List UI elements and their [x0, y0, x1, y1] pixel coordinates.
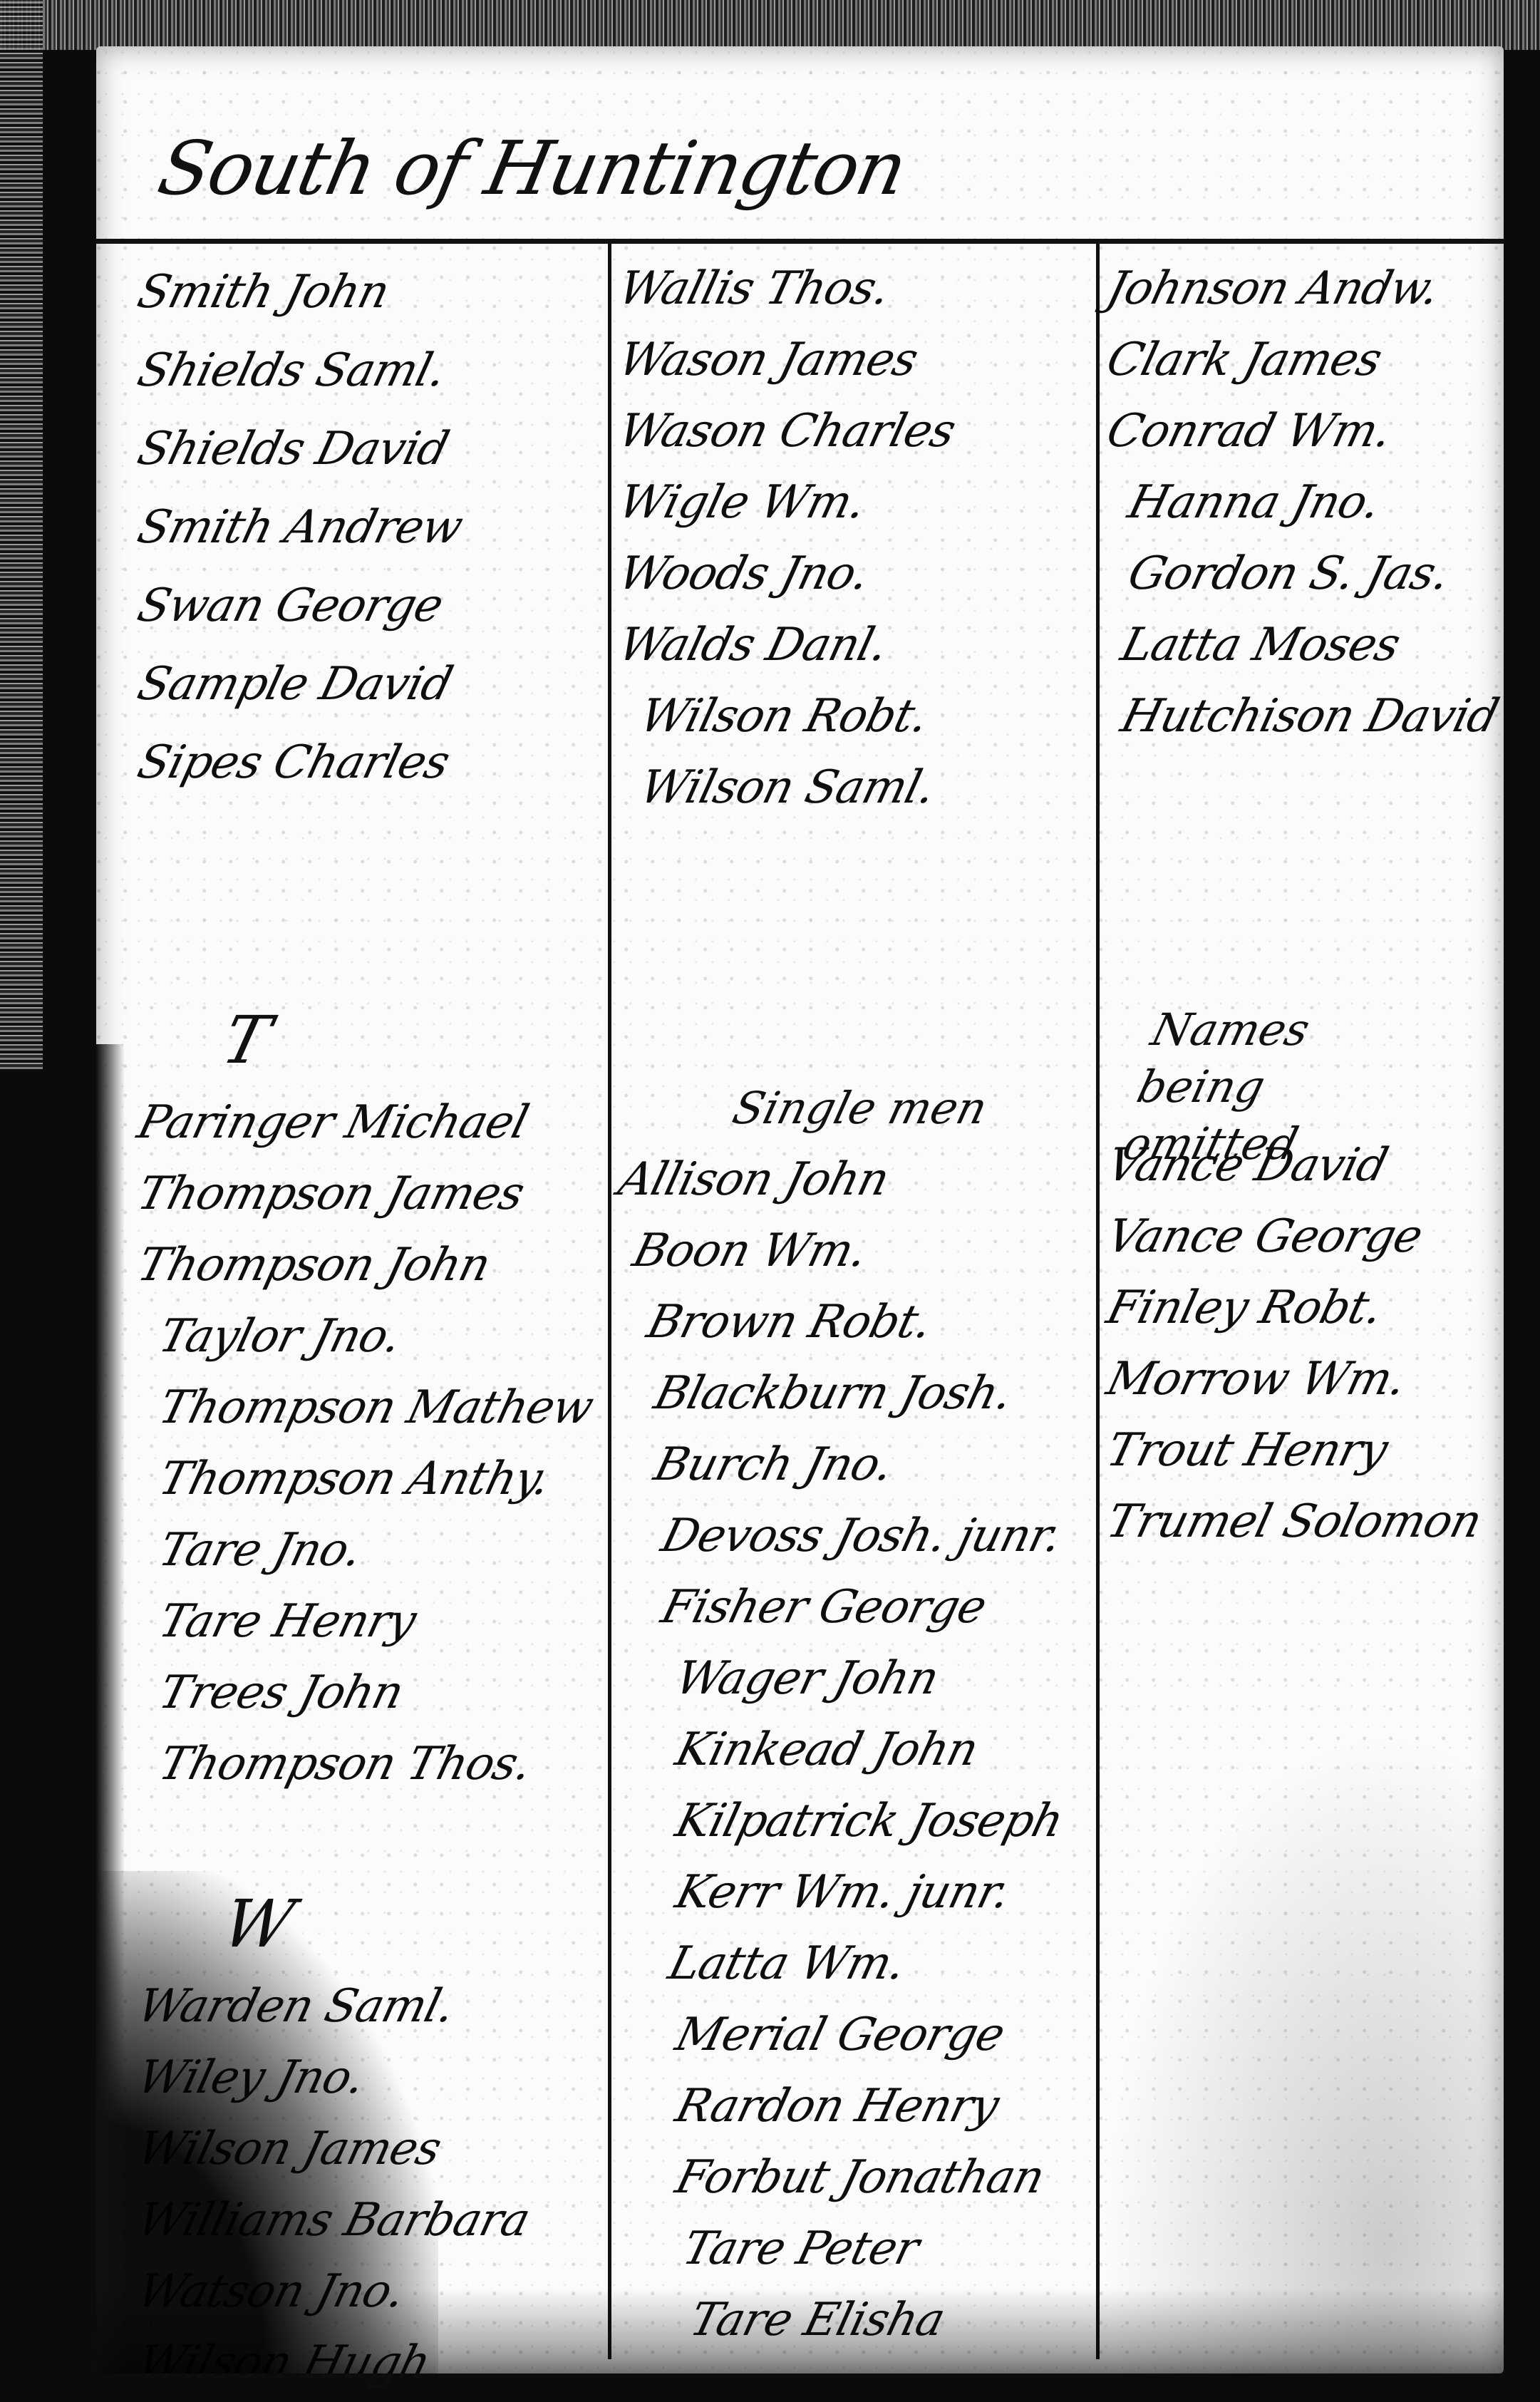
list-item: Trout Henry [1100, 1415, 1502, 1486]
list-item: Tare Henry [130, 1586, 611, 1657]
page-bottom-shadow [96, 2288, 1504, 2373]
list-item: Wilson Robt. [611, 681, 1100, 752]
column-3-group-1: Johnson Andw. Clark James Conrad Wm. Han… [1108, 253, 1493, 752]
list-item: Hutchison David [1100, 681, 1502, 752]
column-2-group-1: Wallis Thos. Wason James Wason Charles W… [620, 253, 1090, 823]
list-item: Kinkead John [611, 1714, 1100, 1785]
column-2-group-single-men: Single men Allison John Boon Wm. Brown R… [620, 1073, 1090, 2356]
list-item: Trumel Solomon [1100, 1486, 1502, 1557]
list-item: Hanna Jno. [1100, 467, 1502, 538]
list-item: Vance George [1100, 1201, 1502, 1272]
list-item: Vance David [1100, 1130, 1502, 1201]
list-item: Tare Peter [611, 2213, 1100, 2284]
scan-edge-top [0, 0, 1540, 50]
list-item: Wason Charles [611, 396, 1100, 467]
list-item: Sipes Charles [129, 723, 611, 802]
list-item: Kilpatrick Joseph [611, 1785, 1100, 1857]
ledger-page: South of Huntington Smith John Shields S… [96, 46, 1504, 2373]
list-item: Woods Jno. [611, 538, 1100, 609]
list-item: Sample David [129, 645, 611, 723]
section-heading-names-omitted: Names being omitted [1092, 1001, 1388, 1130]
list-item: Shields David [129, 410, 611, 488]
section-heading-w: W [128, 1878, 614, 1971]
list-item: Latta Moses [1100, 609, 1502, 681]
section-heading-single-men: Single men [611, 1073, 1100, 1144]
list-item: Devoss Josh. junr. [611, 1500, 1100, 1572]
list-item: Gordon S. Jas. [1100, 538, 1502, 609]
column-2: Wallis Thos. Wason James Wason Charles W… [620, 253, 1090, 2352]
list-item: Williams Barbara [130, 2185, 611, 2256]
list-item: Smith Andrew [129, 488, 611, 567]
list-item: Wiley Jno. [130, 2042, 611, 2113]
list-item: Finley Robt. [1100, 1272, 1502, 1344]
column-3: Johnson Andw. Clark James Conrad Wm. Han… [1108, 253, 1493, 2352]
column-1-group-1: Smith John Shields Saml. Shields David S… [139, 253, 602, 802]
binding-shadow [96, 1044, 125, 2373]
list-item: Taylor Jno. [130, 1301, 611, 1372]
list-item: Tare Jno. [130, 1515, 611, 1586]
list-item: Swan George [129, 567, 611, 645]
list-item: Wallis Thos. [611, 253, 1100, 324]
column-1-group-t: T Paringer Michael Thompson James Thomps… [139, 994, 602, 1800]
list-item: Wason James [611, 324, 1100, 396]
list-item: Thompson Thos. [130, 1728, 611, 1800]
list-item: Wager John [611, 1643, 1100, 1714]
column-1: Smith John Shields Saml. Shields David S… [139, 253, 602, 2352]
list-item: Thompson Mathew [130, 1372, 611, 1443]
list-item: Smith John [129, 253, 611, 331]
list-item: Thompson James [130, 1158, 611, 1230]
list-item: Conrad Wm. [1100, 396, 1502, 467]
list-item: Allison John [611, 1144, 1100, 1215]
column-3-group-omitted: Names being omitted Vance David Vance Ge… [1108, 1001, 1493, 1557]
list-item: Forbut Jonathan [611, 2142, 1100, 2213]
list-item: Brown Robt. [611, 1287, 1100, 1358]
list-item: Paringer Michael [130, 1087, 611, 1158]
list-item: Warden Saml. [130, 1971, 611, 2042]
list-item: Trees John [130, 1657, 611, 1728]
page-title: South of Huntington [151, 125, 913, 212]
list-item: Wilson James [130, 2113, 611, 2185]
list-item: Thompson John [130, 1230, 611, 1301]
section-heading-t: T [128, 994, 614, 1087]
list-item: Wilson Saml. [611, 752, 1100, 823]
header-rule [96, 239, 1504, 244]
list-item: Wigle Wm. [611, 467, 1100, 538]
list-item: Merial George [611, 1999, 1100, 2071]
list-item: Thompson Anthy. [130, 1443, 611, 1515]
list-item: Walds Danl. [611, 609, 1100, 681]
list-item: Rardon Henry [611, 2071, 1100, 2142]
list-item: Blackburn Josh. [611, 1358, 1100, 1429]
list-item: Kerr Wm. junr. [611, 1857, 1100, 1928]
column-divider-2 [1096, 242, 1100, 2359]
list-item: Boon Wm. [611, 1215, 1100, 1287]
list-item: Latta Wm. [611, 1928, 1100, 1999]
list-item: Shields Saml. [129, 331, 611, 410]
list-item: Clark James [1100, 324, 1502, 396]
list-item: Fisher George [611, 1572, 1100, 1643]
list-item: Morrow Wm. [1100, 1344, 1502, 1415]
list-item: Johnson Andw. [1100, 253, 1502, 324]
scan-edge-left [0, 0, 43, 1069]
list-item: Burch Jno. [611, 1429, 1100, 1500]
